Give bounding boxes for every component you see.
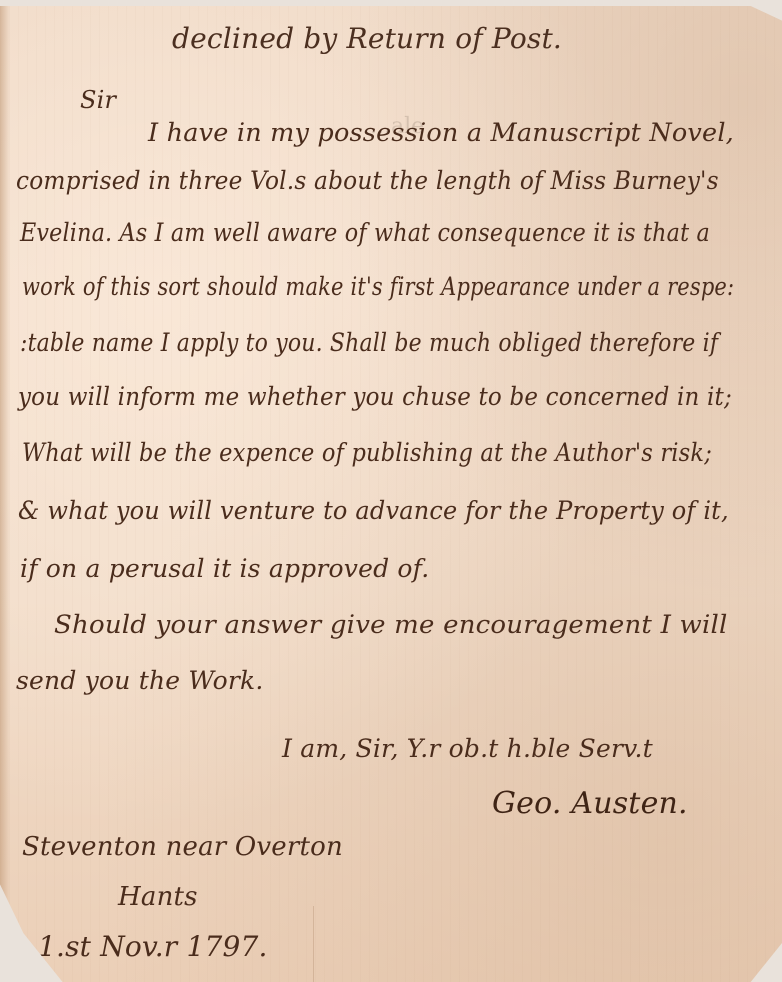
body-line-6: you will inform me whether you chuse to … xyxy=(18,382,732,411)
body-line-9: if on a perusal it is approved of. xyxy=(20,554,429,583)
signature: Geo. Austen. xyxy=(492,786,688,821)
address-line-2: Hants xyxy=(118,882,198,912)
body-line-1: I have in my possession a Manuscript Nov… xyxy=(148,118,734,147)
closing-line: I am, Sir, Y.r ob.t h.ble Serv.t xyxy=(282,734,653,763)
paper-crease xyxy=(313,906,314,982)
salutation: Sir xyxy=(80,86,116,114)
address-line-1: Steventon near Overton xyxy=(22,832,343,862)
body-line-4: work of this sort should make it's first… xyxy=(22,272,734,301)
annotation-declined: declined by Return of Post. xyxy=(172,22,562,55)
letter-paper: ...ale declined by Return of Post. Sir I… xyxy=(0,6,782,982)
body-line-11: send you the Work. xyxy=(16,666,263,695)
body-line-7: What will be the expence of publishing a… xyxy=(22,438,712,467)
body-line-5: :table name I apply to you. Shall be muc… xyxy=(20,328,718,357)
body-line-10: Should your answer give me encouragement… xyxy=(54,610,728,639)
body-line-3: Evelina. As I am well aware of what cons… xyxy=(20,218,710,247)
paper-edge-shadow xyxy=(0,6,10,982)
date-line: 1.st Nov.r 1797. xyxy=(38,930,268,963)
body-line-8: & what you will venture to advance for t… xyxy=(18,496,729,525)
body-line-2: comprised in three Vol.s about the lengt… xyxy=(16,166,719,195)
